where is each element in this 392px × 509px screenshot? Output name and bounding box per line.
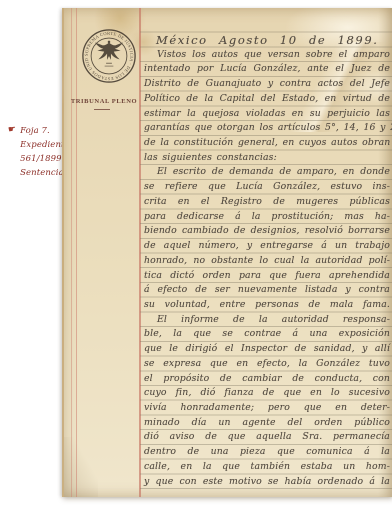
manuscript-line: que le dirigió el Inspector de sanidad, … — [144, 342, 390, 357]
manuscript-page: SUPREMA CORTE DE JUSTICIA · DE LOS ESTAD… — [62, 8, 392, 497]
tribunal-pleno-label: TRIBUNAL PLENO — [70, 98, 138, 105]
manuscript-line: intentado por Lucía González, ante el Ju… — [144, 62, 390, 77]
manuscript-line: estimar la quejosa violadas en su perjui… — [144, 107, 390, 122]
manuscript-line: su voluntad, entre personas de mala fama… — [144, 298, 390, 313]
manuscript-line: tica dictó orden para que fuera aprehend… — [144, 269, 390, 284]
manuscript-text: México Agosto 10 de 1899. Vistos los aut… — [144, 33, 390, 489]
manuscript-line: y que con este motivo se había ordenado … — [144, 475, 390, 490]
manuscript-line: el propósito de cambiar de conducta, con — [144, 372, 390, 387]
manuscript-line: El informe de la autoridad responsa- — [144, 313, 390, 328]
manuscript-line: ble, la que se contrae á una exposición — [144, 327, 390, 342]
margin-annotation: ☛ Foja 7. Expediente 561/1899. Sentencia… — [8, 124, 62, 180]
manuscript-line: de aquel número, y entregarse á un traba… — [144, 239, 390, 254]
paper-corner-fold — [64, 437, 98, 497]
manuscript-line: dió aviso de que aquella Sra. permanecía — [144, 430, 390, 445]
manuscript-line: honrado, no obstante lo cual la autorida… — [144, 254, 390, 269]
manuscript-line: vivía honradamente; pero que en deter- — [144, 401, 390, 416]
manuscript-line: Político de la Capital del Estado, en vi… — [144, 92, 390, 107]
manuscript-line: de la constitución general, en cuyos aut… — [144, 136, 390, 151]
manuscript-line: biendo cambiado de designios, resolvió b… — [144, 224, 390, 239]
manuscript-line: se refiere que Lucía González, estuvo in… — [144, 180, 390, 195]
tribunal-pleno-underline — [94, 109, 110, 110]
manuscript-line: calle, en la que también estaba un hom- — [144, 460, 390, 475]
manuscript-date-line: México Agosto 10 de 1899. — [144, 33, 390, 48]
supreme-court-seal: SUPREMA CORTE DE JUSTICIA · DE LOS ESTAD… — [80, 27, 138, 85]
manuscript-line: Distrito de Guanajuato y contra actos de… — [144, 77, 390, 92]
manuscript-line: minado día un agente del orden público — [144, 416, 390, 431]
manuscript-lines: Vistos los autos que versan sobre el amp… — [144, 48, 390, 490]
manuscript-line: para dedicarse á la prostitución; mas ha… — [144, 210, 390, 225]
manuscript-line: El escrito de demanda de amparo, en dond… — [144, 165, 390, 180]
left-margin-rule-inner — [76, 8, 77, 497]
manuscript-line: Vistos los autos que versan sobre el amp… — [144, 48, 390, 63]
manuscript-line: garantías que otorgan los artículos 5°, … — [144, 121, 390, 136]
eagle-icon — [95, 41, 123, 67]
manuscript-line: las siguientes constancias: — [144, 151, 390, 166]
manuscript-line: se expresa que en efecto, la González tu… — [144, 357, 390, 372]
manuscript-line: á efecto de ser nuevamente listada y con… — [144, 283, 390, 298]
manuscript-line: crita en el Registro de mugeres públicas — [144, 195, 390, 210]
manicule-icon: ☛ — [7, 123, 17, 136]
manuscript-line: cuyo fin, dió fianza de que en lo sucesi… — [144, 386, 390, 401]
manuscript-line: dentro de una pieza que comunica á la — [144, 445, 390, 460]
left-margin-rule-outer — [71, 8, 72, 497]
